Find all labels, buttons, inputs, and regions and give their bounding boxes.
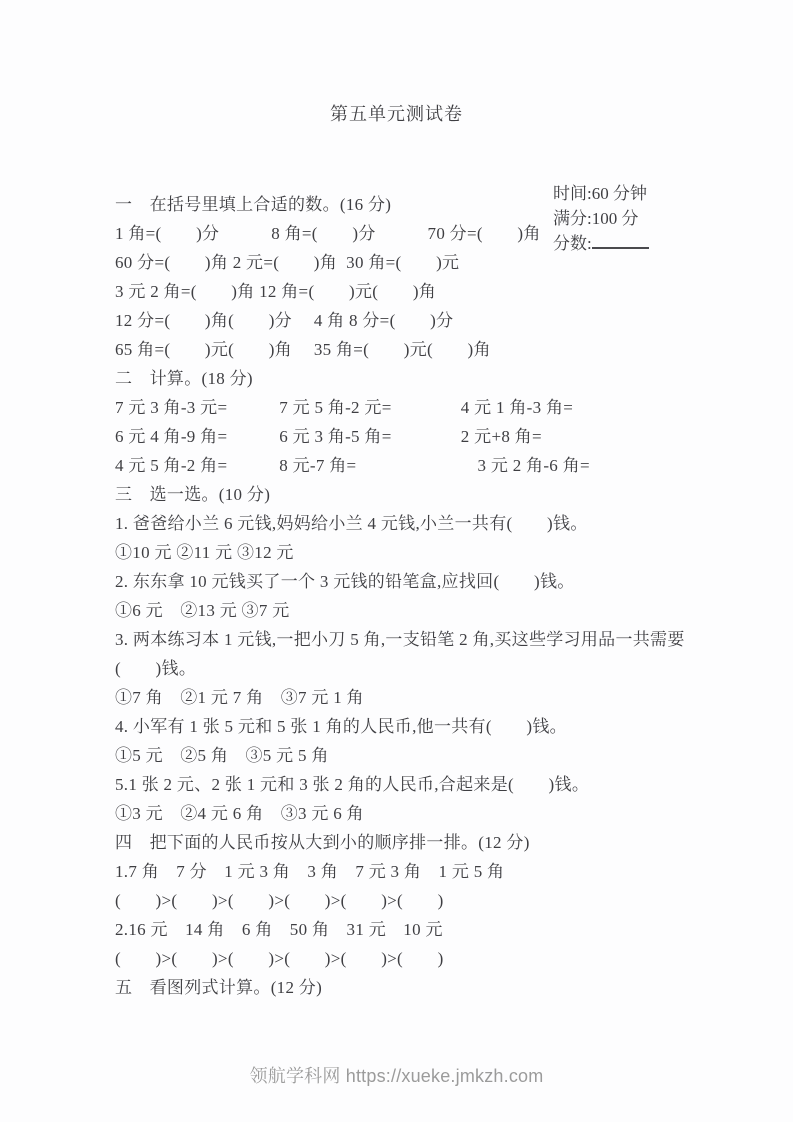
question-text: 3. 两本练习本 1 元钱,一把小刀 5 角,一支铅笔 2 角,买这些学习用品一… <box>115 625 773 654</box>
sort-items-row: 1.7 角 7 分 1 元 3 角 3 角 7 元 3 角 1 元 5 角 <box>115 857 773 886</box>
site-watermark: 领航学科网 https://xueke.jmkzh.com <box>0 1062 793 1088</box>
sort-items-row: 2.16 元 14 角 6 角 50 角 31 元 10 元 <box>115 915 773 944</box>
question-text: 5.1 张 2 元、2 张 1 元和 3 张 2 角的人民币,合起来是( )钱。 <box>115 770 773 799</box>
test-paper-page: 第五单元测试卷 时间:60 分钟 满分:100 分 分数: 一 在括号里填上合适… <box>0 0 793 1122</box>
fill-blank-row: 1 角=( )分 8 角=( )分 70 分=( )角 <box>115 219 773 248</box>
page-title: 第五单元测试卷 <box>0 100 793 126</box>
choice-options-row: ①3 元 ②4 元 6 角 ③3 元 6 角 <box>115 799 773 828</box>
question-text: 1. 爸爸给小兰 6 元钱,妈妈给小兰 4 元钱,小兰一共有( )钱。 <box>115 509 773 538</box>
choice-options-row: ①6 元 ②13 元 ③7 元 <box>115 596 773 625</box>
section-1-heading: 一 在括号里填上合适的数。(16 分) <box>115 190 773 219</box>
choice-options-row: ①5 元 ②5 角 ③5 元 5 角 <box>115 741 773 770</box>
question-text-continuation: ( )钱。 <box>115 654 773 683</box>
calc-row: 7 元 3 角-3 元= 7 元 5 角-2 元= 4 元 1 角-3 角= <box>115 393 773 422</box>
section-5-heading: 五 看图列式计算。(12 分) <box>115 973 773 1002</box>
choice-options-row: ①7 角 ②1 元 7 角 ③7 元 1 角 <box>115 683 773 712</box>
choice-options-row: ①10 元 ②11 元 ③12 元 <box>115 538 773 567</box>
question-text: 4. 小军有 1 张 5 元和 5 张 1 角的人民币,他一共有( )钱。 <box>115 712 773 741</box>
fill-blank-row: 60 分=( )角 2 元=( )角 30 角=( )元 <box>115 248 773 277</box>
sort-answer-row: ( )>( )>( )>( )>( )>( ) <box>115 944 773 973</box>
question-text: 2. 东东拿 10 元钱买了一个 3 元钱的铅笔盒,应找回( )钱。 <box>115 567 773 596</box>
paper-body: 一 在括号里填上合适的数。(16 分) 1 角=( )分 8 角=( )分 70… <box>115 190 773 1002</box>
calc-row: 4 元 5 角-2 角= 8 元-7 角= 3 元 2 角-6 角= <box>115 451 773 480</box>
section-2-heading: 二 计算。(18 分) <box>115 364 773 393</box>
fill-blank-row: 3 元 2 角=( )角 12 角=( )元( )角 <box>115 277 773 306</box>
sort-answer-row: ( )>( )>( )>( )>( )>( ) <box>115 886 773 915</box>
fill-blank-row: 65 角=( )元( )角 35 角=( )元( )角 <box>115 335 773 364</box>
section-4-heading: 四 把下面的人民币按从大到小的顺序排一排。(12 分) <box>115 828 773 857</box>
section-3-heading: 三 选一选。(10 分) <box>115 480 773 509</box>
calc-row: 6 元 4 角-9 角= 6 元 3 角-5 角= 2 元+8 角= <box>115 422 773 451</box>
fill-blank-row: 12 分=( )角( )分 4 角 8 分=( )分 <box>115 306 773 335</box>
